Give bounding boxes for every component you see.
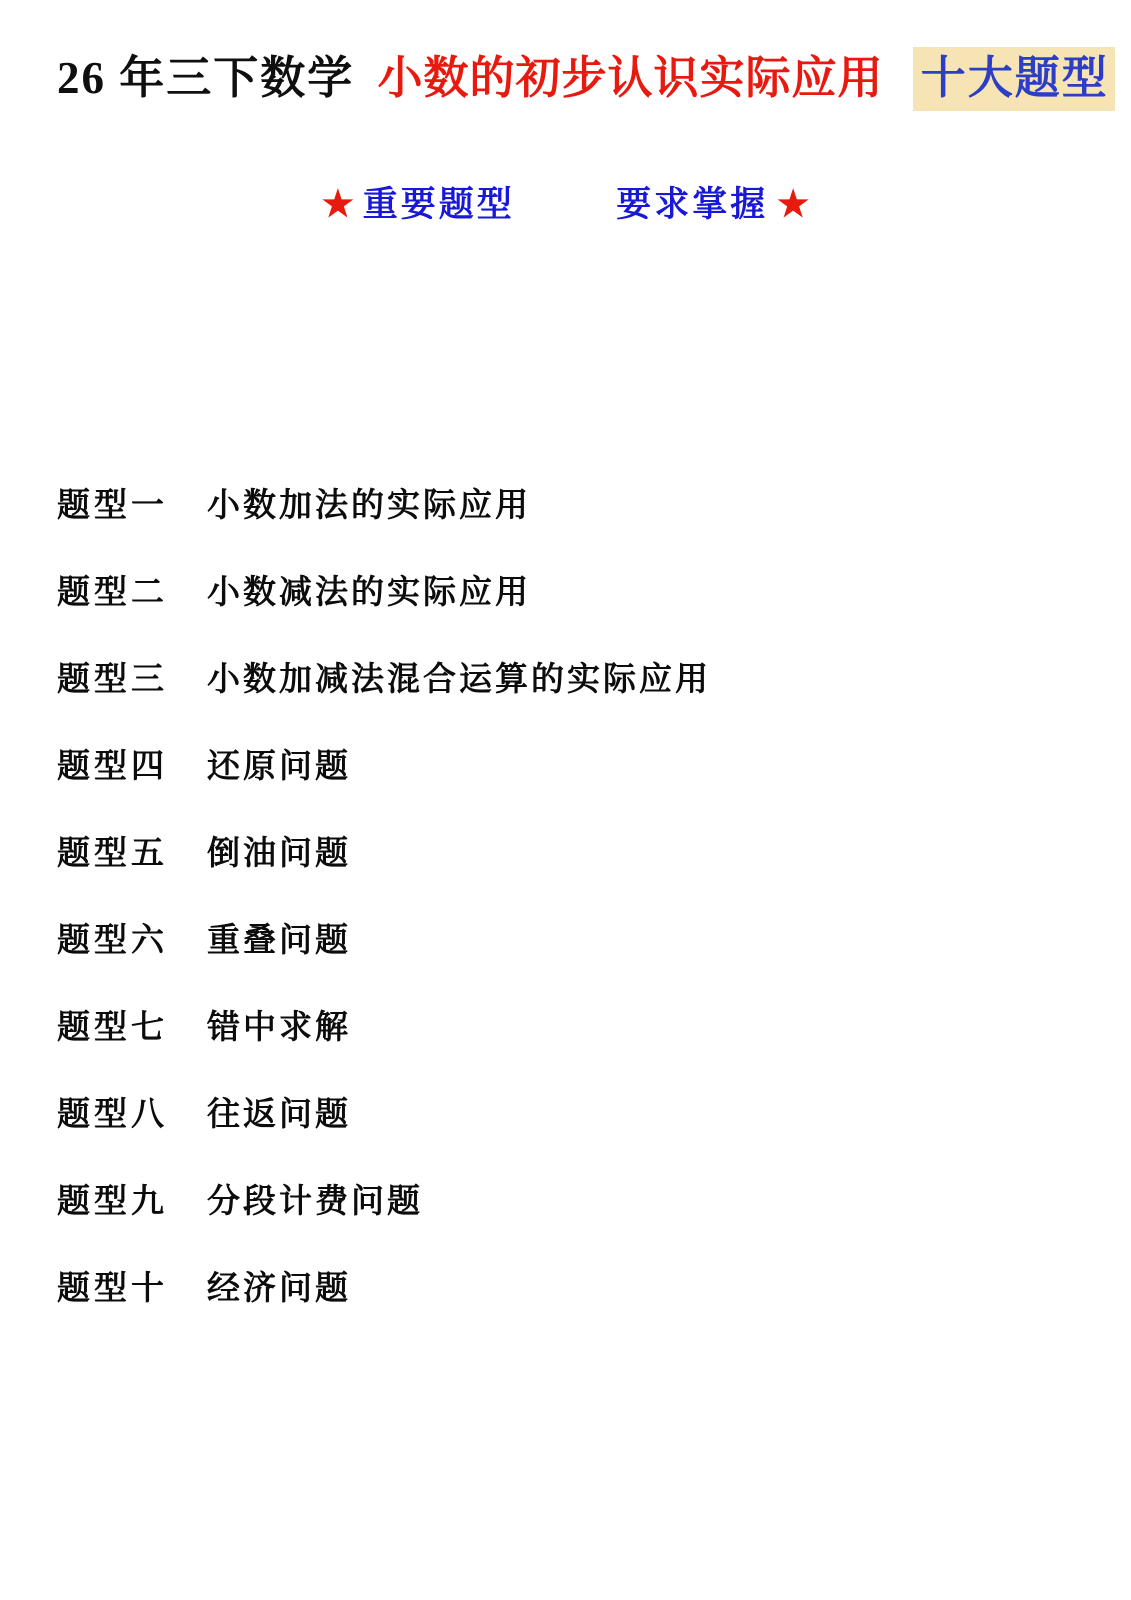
topic-title: 分段计费问题 xyxy=(207,1184,423,1220)
subtitle: ★ 重要题型 要求掌握 ★ xyxy=(0,182,1131,227)
topic-row: 题型七 错中求解 xyxy=(57,1010,1077,1097)
star-icon-right: ★ xyxy=(777,184,809,224)
topic-row: 题型八 往返问题 xyxy=(57,1097,1077,1184)
subtitle-left-text: 重要题型 xyxy=(363,185,515,224)
topic-title: 往返问题 xyxy=(207,1097,351,1133)
topic-label: 题型九 xyxy=(57,1184,207,1220)
topic-label: 题型七 xyxy=(57,1010,207,1046)
topic-row: 题型一 小数加法的实际应用 xyxy=(57,488,1077,575)
title-topic-label: 小数的初步认识实际应用 xyxy=(378,53,884,103)
topic-title: 倒油问题 xyxy=(207,836,351,872)
topic-title: 小数减法的实际应用 xyxy=(207,575,531,611)
topic-row: 题型五 倒油问题 xyxy=(57,836,1077,923)
topic-label: 题型四 xyxy=(57,749,207,785)
topic-title: 重叠问题 xyxy=(207,923,351,959)
topic-title: 小数加减法混合运算的实际应用 xyxy=(207,662,711,698)
topic-label: 题型三 xyxy=(57,662,207,698)
subtitle-right-text: 要求掌握 xyxy=(616,185,768,224)
topic-label: 题型二 xyxy=(57,575,207,611)
topic-row: 题型十 经济问题 xyxy=(57,1271,1077,1358)
topic-label: 题型十 xyxy=(57,1271,207,1307)
topic-label: 题型八 xyxy=(57,1097,207,1133)
document-page: 26 年三下数学 小数的初步认识实际应用 十大题型 ★ 重要题型 要求掌握 ★ … xyxy=(0,0,1131,1600)
title-highlight-badge: 十大题型 xyxy=(913,47,1115,111)
topic-row: 题型三 小数加减法混合运算的实际应用 xyxy=(57,662,1077,749)
page-title: 26 年三下数学 小数的初步认识实际应用 十大题型 xyxy=(57,48,1115,108)
topic-label: 题型一 xyxy=(57,488,207,524)
star-icon-left: ★ xyxy=(322,184,354,224)
topic-title: 还原问题 xyxy=(207,749,351,785)
topic-label: 题型五 xyxy=(57,836,207,872)
topic-row: 题型九 分段计费问题 xyxy=(57,1184,1077,1271)
title-course-label: 26 年三下数学 xyxy=(57,53,354,103)
topic-title: 小数加法的实际应用 xyxy=(207,488,531,524)
topic-label: 题型六 xyxy=(57,923,207,959)
topic-title: 经济问题 xyxy=(207,1271,351,1307)
topic-row: 题型二 小数减法的实际应用 xyxy=(57,575,1077,662)
topic-title: 错中求解 xyxy=(207,1010,351,1046)
topic-row: 题型四 还原问题 xyxy=(57,749,1077,836)
topic-row: 题型六 重叠问题 xyxy=(57,923,1077,1010)
topic-list: 题型一 小数加法的实际应用 题型二 小数减法的实际应用 题型三 小数加减法混合运… xyxy=(57,488,1077,1358)
